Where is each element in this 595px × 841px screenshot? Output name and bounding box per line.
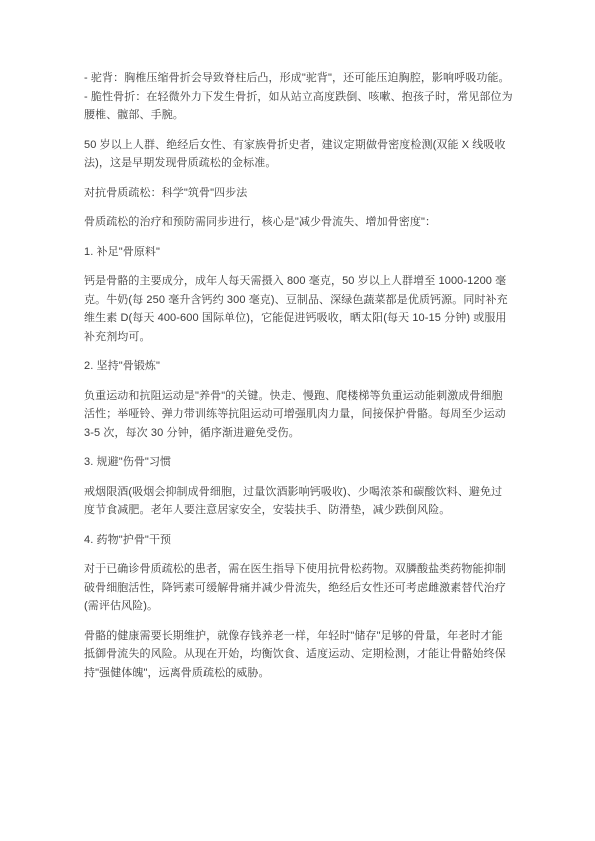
paragraph: 负重运动和抗阻运动是"养骨"的关键。快走、慢跑、爬楼梯等负重运动能刺激成骨细胞活… — [84, 387, 513, 443]
paragraph: 骨骼的健康需要长期维护，就像存钱养老一样，年轻时"储存"足够的骨量，年老时才能抵… — [84, 627, 513, 683]
paragraph: 50 岁以上人群、绝经后女性、有家族骨折史者，建议定期做骨密度检测(双能 X 线… — [84, 136, 513, 173]
step-title: 4. 药物"护骨"干预 — [84, 531, 513, 550]
paragraph: 戒烟限酒(吸烟会抑制成骨细胞，过量饮酒影响钙吸收)、少喝浓茶和碳酸饮料、避免过度… — [84, 483, 513, 520]
paragraph: 骨质疏松的治疗和预防需同步进行，核心是"减少骨流失、增加骨密度"： — [84, 213, 513, 232]
step-title: 1. 补足"骨原料" — [84, 243, 513, 262]
step-title: 3. 规避"伤骨"习惯 — [84, 453, 513, 472]
step-title: 2. 坚持"骨锻炼" — [84, 357, 513, 376]
paragraph: 钙是骨骼的主要成分，成年人每天需摄入 800 毫克，50 岁以上人群增至 100… — [84, 272, 513, 346]
bullet-item: - 脆性骨折：在轻微外力下发生骨折，如从站立高度跌倒、咳嗽、抱孩子时，常见部位为… — [84, 88, 513, 125]
bullet-item: - 驼背：胸椎压缩骨折会导致脊柱后凸，形成"驼背"，还可能压迫胸腔，影响呼吸功能… — [84, 69, 513, 88]
document-content: - 驼背：胸椎压缩骨折会导致脊柱后凸，形成"驼背"，还可能压迫胸腔，影响呼吸功能… — [84, 69, 513, 682]
paragraph: 对于已确诊骨质疏松的患者，需在医生指导下使用抗骨松药物。双膦酸盐类药物能抑制破骨… — [84, 560, 513, 616]
section-title: 对抗骨质疏松：科学"筑骨"四步法 — [84, 184, 513, 203]
document-page: - 驼背：胸椎压缩骨折会导致脊柱后凸，形成"驼背"，还可能压迫胸腔，影响呼吸功能… — [0, 0, 595, 841]
